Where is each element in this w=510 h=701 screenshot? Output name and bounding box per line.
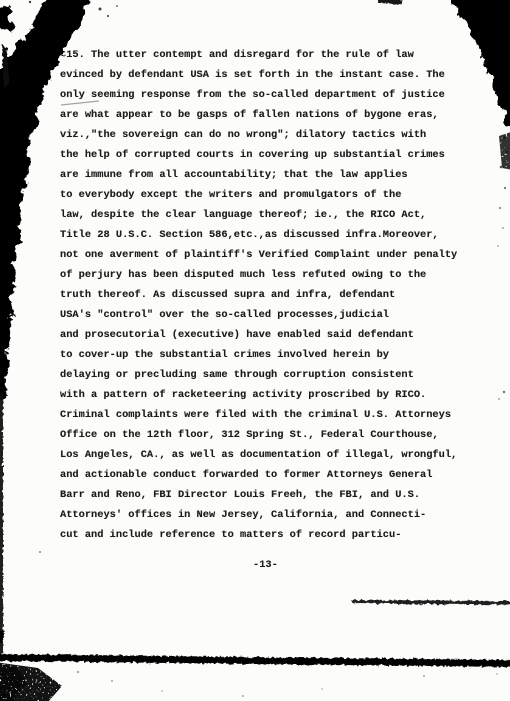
document-line: delaying or precluding same through corr… xyxy=(60,365,457,385)
document-line: with a pattern of racketeering activity … xyxy=(60,385,457,405)
document-line: Barr and Reno, FBI Director Louis Freeh,… xyxy=(60,485,457,505)
scan-blotch-top-right xyxy=(452,0,510,130)
scanned-document-page: 15. The utter contempt and disregard for… xyxy=(0,0,510,701)
document-line: not one averment of plaintiff's Verified… xyxy=(60,245,457,265)
document-line: to cover-up the substantial crimes invol… xyxy=(60,345,457,365)
document-line: truth thereof. As discussed supra and in… xyxy=(60,285,457,305)
document-line: the help of corrupted courts in covering… xyxy=(60,145,457,165)
document-line: to everybody except the writers and prom… xyxy=(60,185,457,205)
document-line: law, despite the clear language thereof;… xyxy=(60,205,457,225)
scan-mark-left-top xyxy=(0,6,13,30)
scan-edge-bottom-band xyxy=(0,654,510,667)
document-line: and actionable conduct forwarded to form… xyxy=(60,465,457,485)
document-line: cut and include reference to matters of … xyxy=(60,525,457,545)
document-body: 15. The utter contempt and disregard for… xyxy=(60,45,457,545)
document-line: are immune from all accountability; that… xyxy=(60,165,457,185)
document-line: of perjury has been disputed much less r… xyxy=(60,265,457,285)
document-line: Office on the 12th floor, 312 Spring St.… xyxy=(60,425,457,445)
document-line: viz.,"the sovereign can do no wrong"; di… xyxy=(60,125,457,145)
page-number: -13- xyxy=(253,559,278,571)
document-line: Los Angeles, CA., as well as documentati… xyxy=(60,445,457,465)
document-line: only seeming response from the so-called… xyxy=(60,85,457,105)
scan-hook-line-left xyxy=(2,44,9,88)
document-line: Criminal complaints were filed with the … xyxy=(60,405,457,425)
scan-mark-left-bottom xyxy=(0,630,4,643)
document-line: evinced by defendant USA is set forth in… xyxy=(60,65,457,85)
document-line: Attorneys' offices in New Jersey, Califo… xyxy=(60,505,457,525)
document-line: Title 28 U.S.C. Section 586,etc.,as disc… xyxy=(60,225,457,245)
scan-tick-top-edge xyxy=(377,0,403,4)
scan-speckle-right-edge xyxy=(499,132,510,170)
scan-speckle-bottom-left-core xyxy=(0,663,26,701)
document-line: and prosecutorial (executive) have enabl… xyxy=(60,325,457,345)
scan-line-lower-right xyxy=(352,600,510,605)
document-line: are what appear to be gasps of fallen na… xyxy=(60,105,457,125)
scan-edge-strip-left xyxy=(0,392,3,660)
document-line: USA's "control" over the so-called proce… xyxy=(60,305,457,325)
document-line: 15. The utter contempt and disregard for… xyxy=(60,45,457,65)
scan-speckle-bottom-left xyxy=(0,662,62,701)
